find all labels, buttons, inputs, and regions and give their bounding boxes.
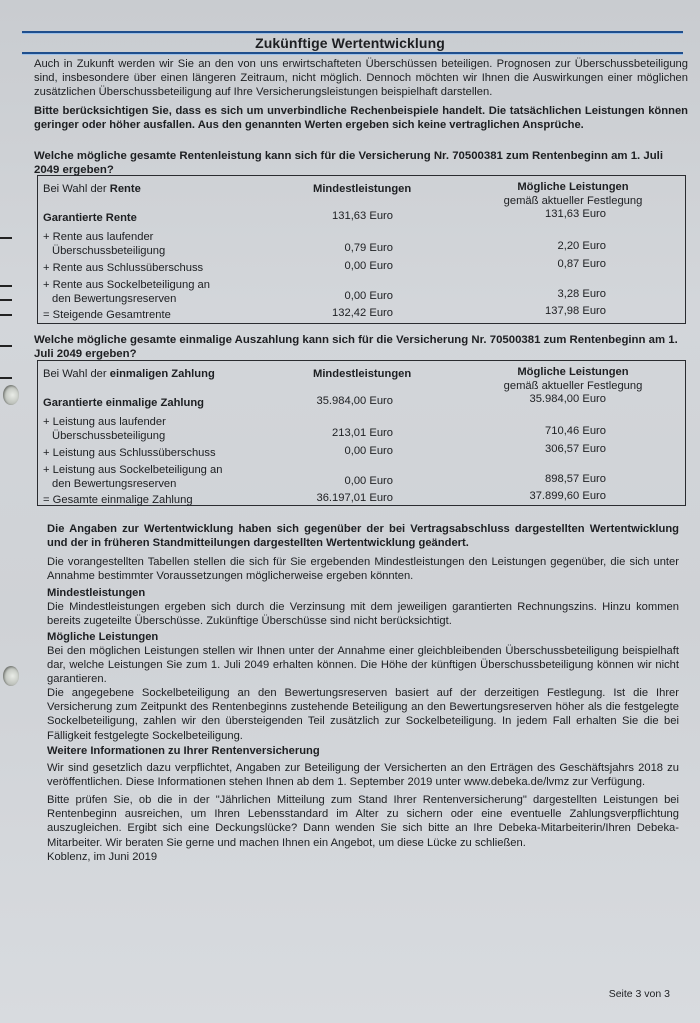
- header-col1: Bei Wahl der einmaligen Zahlung: [43, 368, 283, 382]
- place-date: Koblenz, im Juni 2019: [47, 850, 679, 864]
- header-col2: Mindestleistungen: [313, 183, 411, 195]
- einmal-question: Welche mögliche gesamte einmalige Auszah…: [34, 333, 689, 361]
- moeglich-text: Bei den möglichen Leistungen stellen wir…: [47, 644, 679, 687]
- row-label: Garantierte Rente: [43, 212, 283, 226]
- row-label: = Gesamte einmalige Zahlung: [43, 494, 283, 508]
- row-label: + Rente aus Schlussüberschuss: [43, 262, 283, 276]
- document-page: Zukünftige Wertentwicklung Auch in Zukun…: [0, 0, 700, 1023]
- punch-hole: [3, 666, 19, 686]
- info-text: Wir sind gesetzlich dazu verpflichtet, A…: [47, 761, 679, 789]
- moeglich-value: 137,98 Euro: [468, 305, 606, 317]
- fold-mark: [0, 285, 12, 287]
- min-value: 0,00 Euro: [288, 475, 393, 487]
- row-label: + Leistung aus Sockelbeteiligung anden B…: [43, 464, 283, 491]
- header-col1: Bei Wahl der Rente: [43, 183, 283, 197]
- fold-mark: [0, 345, 12, 347]
- min-value: 131,63 Euro: [288, 210, 393, 222]
- row-label: + Rente aus Sockelbeteiligung anden Bewe…: [43, 279, 283, 306]
- einmal-table: Bei Wahl der einmaligen Zahlung Mindestl…: [37, 360, 686, 506]
- min-value: 0,00 Euro: [288, 290, 393, 302]
- row-label: + Leistung aus laufenderÜberschussbeteil…: [43, 416, 283, 443]
- header-rule-bottom: [22, 52, 683, 55]
- moeglich-value: 2,20 Euro: [468, 240, 606, 252]
- header-col2: Mindestleistungen: [313, 368, 411, 380]
- min-value: 132,42 Euro: [288, 307, 393, 319]
- moeglich-value: 131,63 Euro: [468, 208, 606, 220]
- moeglich-value: 35.984,00 Euro: [468, 393, 606, 405]
- moeglich-value: 306,57 Euro: [468, 443, 606, 455]
- min-value: 213,01 Euro: [288, 427, 393, 439]
- moeglich-value: 3,28 Euro: [468, 288, 606, 300]
- page-number: Seite 3 von 3: [609, 988, 670, 1000]
- disclaimer-paragraph: Bitte berücksichtigen Sie, dass es sich …: [34, 104, 688, 132]
- fold-mark: [0, 377, 12, 379]
- min-value: 35.984,00 Euro: [288, 395, 393, 407]
- min-text: Die Mindestleistungen ergeben sich durch…: [47, 600, 679, 628]
- min-value: 36.197,01 Euro: [288, 492, 393, 504]
- rente-table: Bei Wahl der Rente Mindestleistungen Mög…: [37, 175, 686, 324]
- min-value: 0,00 Euro: [288, 260, 393, 272]
- fold-mark: [0, 299, 12, 301]
- row-label: + Rente aus laufenderÜberschussbeteiligu…: [43, 231, 283, 258]
- check-text: Bitte prüfen Sie, ob die in der "Jährlic…: [47, 793, 679, 850]
- header-col3: Mögliche Leistungengemäß aktueller Festl…: [498, 365, 648, 393]
- min-value: 0,00 Euro: [288, 445, 393, 457]
- punch-hole: [3, 385, 19, 405]
- change-notice: Die Angaben zur Wertentwicklung haben si…: [47, 522, 679, 550]
- tables-explanation: Die vorangestellten Tabellen stellen die…: [47, 555, 679, 583]
- moeglich-heading: Mögliche Leistungen: [47, 631, 158, 643]
- rente-question: Welche mögliche gesamte Rentenleistung k…: [34, 149, 689, 177]
- moeglich-value: 710,46 Euro: [468, 425, 606, 437]
- min-value: 0,79 Euro: [288, 242, 393, 254]
- header-rule-top: [22, 31, 683, 34]
- fold-mark: [0, 314, 12, 316]
- moeglich-value: 0,87 Euro: [468, 258, 606, 270]
- header-col3: Mögliche Leistungengemäß aktueller Festl…: [498, 180, 648, 208]
- sockel-text: Die angegebene Sockelbeteiligung an den …: [47, 686, 679, 743]
- intro-paragraph: Auch in Zukunft werden wir Sie an den vo…: [34, 57, 688, 100]
- row-label: = Steigende Gesamtrente: [43, 309, 283, 323]
- fold-mark: [0, 237, 12, 239]
- row-label: + Leistung aus Schlussüberschuss: [43, 447, 283, 461]
- row-label: Garantierte einmalige Zahlung: [43, 397, 283, 411]
- min-heading: Mindestleistungen: [47, 587, 145, 599]
- moeglich-value: 37.899,60 Euro: [468, 490, 606, 502]
- moeglich-value: 898,57 Euro: [468, 473, 606, 485]
- page-title: Zukünftige Wertentwicklung: [0, 35, 700, 51]
- info-heading: Weitere Informationen zu Ihrer Rentenver…: [47, 745, 320, 757]
